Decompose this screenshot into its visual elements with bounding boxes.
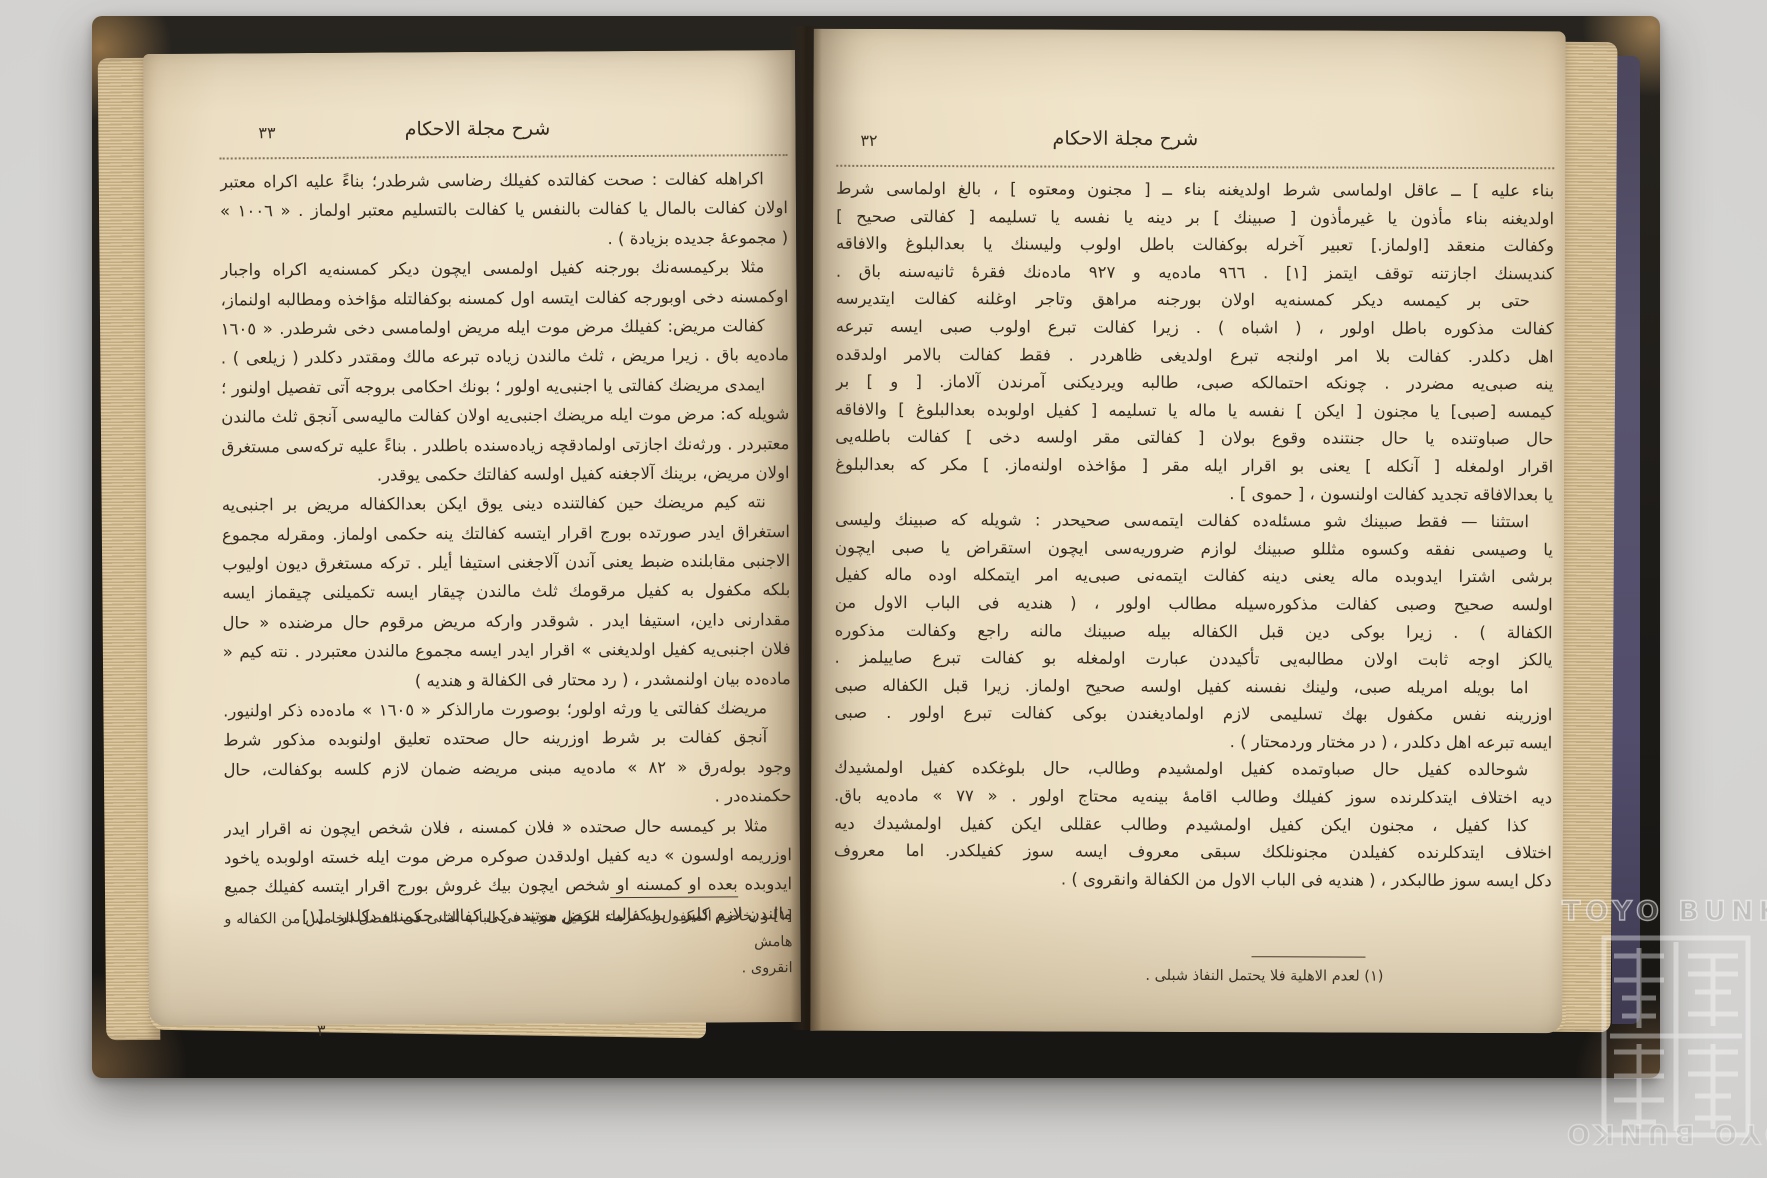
text-line: شوحالده كفيل حال صباوتمده كفيل اولمشيدم … <box>834 754 1552 784</box>
text-line: اولديغنه بناء مأذون يا غيرمأذون [ صبينك … <box>836 202 1554 232</box>
text-line: نته كيم مريضك حين كفالتنده دينى يوق ايكن… <box>222 487 790 520</box>
text-line: ايسه تبرعه اهل دكلدر ، ( در مختار وردمحت… <box>834 727 1552 757</box>
right-page-footnote: (١) لعدم الاهلية فلا يحتمل النفاذ شبلى . <box>833 955 1551 991</box>
left-page-text: ٣٣ شرح مجلة الاحكام اكراهله كفالت : صحت … <box>219 114 792 932</box>
text-line: برشى اشترا ايدوبده ماله يعنى دينه كفالت … <box>835 561 1553 591</box>
text-line: حتى بر كيمسه ديكر كمسنه‌يه اولان بورجنه … <box>836 285 1554 315</box>
photo-background: ٣٣ شرح مجلة الاحكام اكراهله كفالت : صحت … <box>0 0 1767 1178</box>
right-running-title: شرح مجلة الاحكام <box>1053 128 1199 151</box>
text-line: حال صباوتنده يا حال جنتنده وقوع بولان [ … <box>835 423 1553 453</box>
left-running-title: شرح مجلة الاحكام <box>405 118 551 141</box>
text-line: مثلا بركيمسه‌نك بورجنه كفيل اولمسى ايچون… <box>220 252 788 285</box>
text-line: اولان مريض، برينك آلاجغنه كفيل اولسه كفا… <box>222 458 790 491</box>
text-line: ماده‌يه باق . زيرا مريض ، ثلث مالندن زيا… <box>221 340 789 373</box>
text-line: استغراق ايدر صورتده بورج اقرار ايتسه كفا… <box>222 517 790 550</box>
text-line: آنجق كفالت بر شرط اوزرينه حال صحتده تعلي… <box>223 722 791 755</box>
text-line: ايمدى مريضك كفالتى يا اجنبى‌يه اولور ؛ ب… <box>221 370 789 403</box>
text-line: ماده‌ده بيان اولنمشدر ، ( رد محتار فى ال… <box>223 664 791 697</box>
text-line: مقدارنى داين، استيفا ايدر . شوقدر واركه … <box>222 605 790 638</box>
right-page-header: ٣٢ شرح مجلة الاحكام <box>836 125 1554 168</box>
text-line: اقرار اولمغله [ آنكله ] يعنى بو اقرار اي… <box>835 451 1553 481</box>
text-line: اكراهله كفالت : صحت كفالتده كفيلك رضاسى … <box>220 164 788 197</box>
text-line: ديه اختلاف ايتدكلرنده سوز كفيلك وطالب اق… <box>834 782 1552 812</box>
text-line: اوكمسنه دخى اوبورجه كفالت ايتسه اول كمسن… <box>220 282 788 315</box>
text-line: حكمنده‌در . <box>224 781 792 814</box>
left-page-body: اكراهله كفالت : صحت كفالتده كفيلك رضاسى … <box>220 164 793 932</box>
left-page-header: ٣٣ شرح مجلة الاحكام <box>219 114 787 157</box>
text-line: كيمسه [صبى] يا مجنون [ ايكن ] نفسه يا ما… <box>835 396 1553 426</box>
footnote-rule <box>610 896 738 898</box>
text-line: اوزرينه نفس مكفول بهك تسليمى لازم اولماد… <box>834 699 1552 729</box>
text-line: الاجنبى مقابلنده ضبط يعنى آندن آلاجغنى ا… <box>222 546 790 579</box>
toyo-bunko-watermark-flipped: TOYO BUNKO <box>1562 1118 1767 1149</box>
gutter-shadow <box>790 26 822 1030</box>
text-line: بناء عليه ] ــ عاقل اولماسى شرط اولديغنه… <box>836 175 1554 205</box>
right-page-body: بناء عليه ] ــ عاقل اولماسى شرط اولديغنه… <box>834 175 1554 895</box>
left-page-footnote: [١] و يخاصم المكفول له غرماء الكفيل هندي… <box>224 896 793 984</box>
text-line: يا بعدالافاقه تجديد كفالت اولنسون ، [ حم… <box>835 478 1553 508</box>
text-line: وجود بوله‌رق « ٨٢ » ماده‌يه مبنى مريضه ض… <box>223 752 791 785</box>
text-line: دكل ايسه سوز طالبكدر ، ( هنديه فى الباب … <box>834 865 1552 895</box>
right-footnote-lines: (١) لعدم الاهلية فلا يحتمل النفاذ شبلى . <box>833 962 1551 991</box>
text-line: كنديسنك اجازتنه توقف ايتمز [١] . ٩٦٦ ماد… <box>836 258 1554 288</box>
text-line: كذا كفيل ، مجنون ايكن كفيل اولمشيدم وطال… <box>834 809 1552 839</box>
text-line: استثنا — فقط صبينك شو مسئله‌ده كفالت ايت… <box>835 506 1553 536</box>
text-line: اما بويله امريله صبى، ولينك نفسنه كفيل ا… <box>834 671 1552 701</box>
text-line: كفالت مريض: كفيلك مرض موت ايله مريض اولم… <box>221 311 789 344</box>
text-line: مثلا بر كيمسه حال صحتده « فلان كمسنه ، ف… <box>224 811 792 844</box>
text-line: اهل دكلدر. كفالت بلا امر اولنجه تبرع اول… <box>836 340 1554 370</box>
text-line: وكفالت منعقد [اولماز.] تعبير آخرله بوكفا… <box>836 230 1554 260</box>
text-line: فلان اجنبى‌يه كفيل اولديغنى » اقرار ايدر… <box>223 634 791 667</box>
right-page-text: ٣٢ شرح مجلة الاحكام بناء عليه ] ــ عاقل … <box>834 125 1555 895</box>
right-page-number: ٣٢ <box>860 131 877 150</box>
text-line: مريضك كفالتى يا ورثه اولور؛ بوصورت مارال… <box>223 693 791 726</box>
text-line: ينه صبى‌يه مضردر . چونكه احتمالكه صبى، ط… <box>835 368 1553 398</box>
footnote-line: انقروى . <box>225 955 793 984</box>
right-page: ٣٢ شرح مجلة الاحكام بناء عليه ] ــ عاقل … <box>810 29 1565 1034</box>
text-line: اوزريمه اولسون » ديه كفيل اولدقدن صوكره … <box>224 840 792 873</box>
text-line: ( مجموعهٔ جديده بزيادة ) . <box>220 223 788 256</box>
text-line: يا وصيسى نفقه وكسوه مثللو صبينك لوازم ضر… <box>835 533 1553 563</box>
text-line: اولان كفالت بالمال يا كفالت بالنفس يا كف… <box>220 193 788 226</box>
text-line: اختلاف ايتدكلرنده كفيلدن مجنونلكك سبقى م… <box>834 837 1552 867</box>
left-page: ٣٣ شرح مجلة الاحكام اكراهله كفالت : صحت … <box>143 50 801 1026</box>
text-line: معتبردر . ورثه‌نك اجازتى اولمادقچه زياده… <box>221 429 789 462</box>
left-page-number: ٣٣ <box>258 123 275 142</box>
text-line: شويله كه: مرض موت ايله مريضك اجنبى‌يه او… <box>221 399 789 432</box>
signature-mark: ٣ <box>317 1021 326 1040</box>
footnote-rule <box>1252 956 1366 957</box>
footnote-line: (١) لعدم الاهلية فلا يحتمل النفاذ شبلى . <box>833 962 1551 991</box>
text-line: الكفالة ) . زيرا بوكى دين قبل الكفاله بي… <box>835 616 1553 646</box>
left-footnote-lines: [١] و يخاصم المكفول له غرماء الكفيل هندي… <box>224 903 792 984</box>
text-line: كفالت مذكوره باطل اولور ، ( اشباه ) . زي… <box>836 313 1554 343</box>
text-line: يالكز اوجه ثابت اولان مطالبه‌يى تأكيددن … <box>835 644 1553 674</box>
footnote-line: [١] و يخاصم المكفول له غرماء الكفيل هندي… <box>224 903 792 958</box>
text-line: بلكه مكفول به كفيل مرقومك ثلث مالندن چيق… <box>222 576 790 609</box>
text-line: اولسه صحيح وصبى كفالت مذكوره‌سيله مطالب … <box>835 589 1553 619</box>
